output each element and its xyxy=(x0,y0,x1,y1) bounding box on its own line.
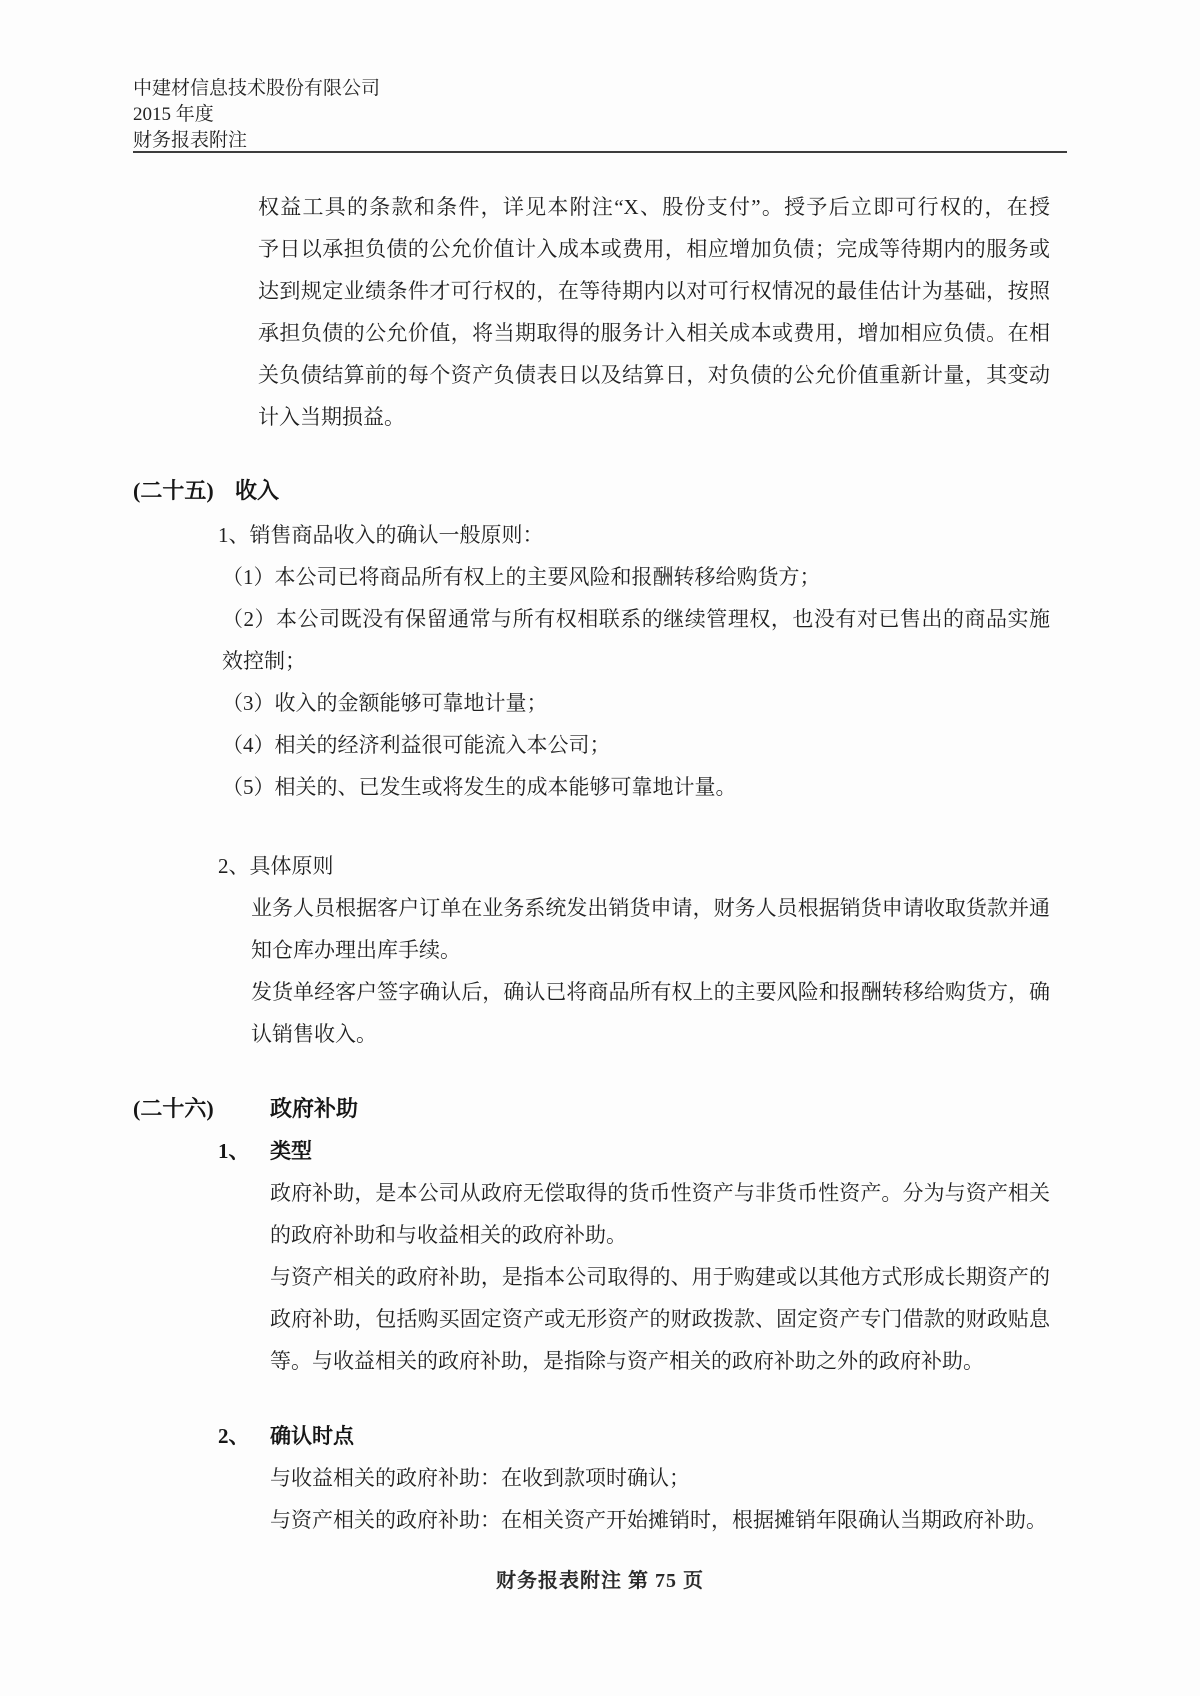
section-25-title: 收入 xyxy=(235,470,279,512)
footer-text: 财务报表附注 第 75 页 xyxy=(496,1570,704,1592)
intro-line: 达到规定业绩条件才可行权的，在等待期内以对可行权情况的最佳估计为基础，按照 xyxy=(258,270,1050,312)
subsidy-type-paragraph: 政府补助，是本公司从政府无偿取得的货币性资产与非货币性资产。分为与资产相关 的政… xyxy=(270,1172,1050,1382)
document-page: 中建材信息技术股份有限公司 2015 年度 财务报表附注 权益工具的条款和条件，… xyxy=(0,0,1200,1696)
section-25-number: (二十五) xyxy=(133,478,214,503)
section-26-number: (二十六) xyxy=(133,1096,214,1121)
body-line: 等。与收益相关的政府补助，是指除与资产相关的政府补助之外的政府补助。 xyxy=(270,1340,1050,1382)
page-header: 中建材信息技术股份有限公司 2015 年度 财务报表附注 xyxy=(133,76,1067,154)
intro-line: 权益工具的条款和条件，详见本附注“X、股份支付”。授予后立即可行权的，在授 xyxy=(258,186,1050,228)
item-number: 2、 xyxy=(218,1424,250,1448)
body-line: 认销售收入。 xyxy=(251,1013,1050,1055)
body-line: 的政府补助和与收益相关的政府补助。 xyxy=(270,1214,1050,1256)
body-line: 政府补助，包括购买固定资产或无形资产的财政拨款、固定资产专门借款的财政贴息 xyxy=(270,1298,1050,1340)
specific-principle-paragraph: 业务人员根据客户订单在业务系统发出销货申请，财务人员根据销货申请收取货款并通 知… xyxy=(251,887,1050,1055)
criteria-line: 效控制； xyxy=(222,640,1050,682)
criteria-line: （2）本公司既没有保留通常与所有权相联系的继续管理权，也没有对已售出的商品实施有 xyxy=(222,598,1050,640)
recognition-timing-paragraph: 与收益相关的政府补助：在收到款项时确认； 与资产相关的政府补助：在相关资产开始摊… xyxy=(270,1457,1050,1541)
intro-paragraph: 权益工具的条款和条件，详见本附注“X、股份支付”。授予后立即可行权的，在授 予日… xyxy=(258,186,1050,438)
body-line: 与收益相关的政府补助：在收到款项时确认； xyxy=(270,1457,1050,1499)
header-company: 中建材信息技术股份有限公司 xyxy=(133,76,1067,102)
section-26-title: 政府补助 xyxy=(270,1088,358,1130)
body-line: 政府补助，是本公司从政府无偿取得的货币性资产与非货币性资产。分为与资产相关 xyxy=(270,1172,1050,1214)
intro-line: 关负债结算前的每个资产负债表日以及结算日，对负债的公允价值重新计量，其变动 xyxy=(258,354,1050,396)
body-line: 与资产相关的政府补助：在相关资产开始摊销时，根据摊销年限确认当期政府补助。 xyxy=(270,1499,1050,1541)
item-number: 1、 xyxy=(218,1139,250,1163)
header-period: 2015 年度 xyxy=(133,102,1067,128)
criteria-line: （3）收入的金额能够可靠地计量； xyxy=(222,682,1050,724)
revenue-criteria-paragraph: （1）本公司已将商品所有权上的主要风险和报酬转移给购货方； （2）本公司既没有保… xyxy=(222,556,1050,808)
list-item: 2、具体原则 xyxy=(218,845,1058,887)
body-line: 与资产相关的政府补助，是指本公司取得的、用于购建或以其他方式形成长期资产的 xyxy=(270,1256,1050,1298)
intro-line: 计入当期损益。 xyxy=(258,396,1050,438)
list-item: 1、销售商品收入的确认一般原则： xyxy=(218,514,1058,556)
page-footer: 财务报表附注 第 75 页 xyxy=(0,1566,1200,1596)
criteria-line: （5）相关的、已发生或将发生的成本能够可靠地计量。 xyxy=(222,766,1050,808)
body-line: 发货单经客户签字确认后，确认已将商品所有权上的主要风险和报酬转移给购货方，确 xyxy=(251,971,1050,1013)
section-26-item-1: 1、 类型 xyxy=(218,1130,1058,1172)
section-26-heading: (二十六) 政府补助 xyxy=(133,1088,1053,1130)
intro-line: 予日以承担负债的公允价值计入成本或费用，相应增加负债；完成等待期内的服务或 xyxy=(258,228,1050,270)
section-25-heading: (二十五) 收入 xyxy=(133,470,1053,512)
body-line: 知仓库办理出库手续。 xyxy=(251,929,1050,971)
criteria-line: （1）本公司已将商品所有权上的主要风险和报酬转移给购货方； xyxy=(222,556,1050,598)
body-line: 业务人员根据客户订单在业务系统发出销货申请，财务人员根据销货申请收取货款并通 xyxy=(251,887,1050,929)
intro-line: 承担负债的公允价值，将当期取得的服务计入相关成本或费用，增加相应负债。在相 xyxy=(258,312,1050,354)
section-25-item-2: 2、具体原则 xyxy=(218,845,1058,887)
header-rule xyxy=(133,151,1067,153)
criteria-line: （4）相关的经济利益很可能流入本公司； xyxy=(222,724,1050,766)
item-title: 类型 xyxy=(270,1130,312,1172)
item-title: 确认时点 xyxy=(270,1415,354,1457)
section-26-item-2: 2、 确认时点 xyxy=(218,1415,1058,1457)
section-25-item-1: 1、销售商品收入的确认一般原则： xyxy=(218,514,1058,556)
